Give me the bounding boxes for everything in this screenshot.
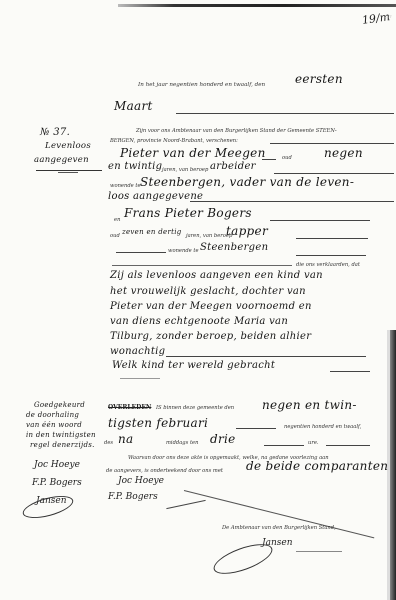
witness1-relation: loos aangegevene bbox=[108, 191, 203, 202]
rule bbox=[264, 445, 304, 446]
time-handwritten-2: drie bbox=[210, 432, 236, 446]
intro-printed: In het jaar negentien honderd en twaalf,… bbox=[138, 82, 265, 88]
closing-printed-2: de aangevers, is onderteekend door ons m… bbox=[106, 468, 223, 474]
rule bbox=[236, 428, 276, 429]
witness1-occupation: arbeider bbox=[210, 161, 256, 172]
rule bbox=[112, 265, 292, 266]
appeared-printed-2: BERGEN, provincie Noord-Brabant, versche… bbox=[110, 138, 238, 144]
margin-signature-2: F.P. Bogers bbox=[32, 478, 82, 488]
rule bbox=[120, 378, 160, 379]
margin-title-2: aangegeven bbox=[34, 155, 89, 165]
rule bbox=[274, 173, 394, 174]
margin-title-1: Levenloos bbox=[45, 141, 91, 151]
is-printed: IS binnen deze gemeente den bbox=[156, 405, 234, 411]
rule bbox=[166, 356, 366, 357]
witness2-name: Frans Pieter Bogers bbox=[124, 206, 252, 220]
rule bbox=[270, 143, 394, 144]
rule bbox=[262, 159, 276, 160]
appeared-printed: Zijn voor ons Ambtenaar van den Burgerli… bbox=[136, 128, 337, 134]
statement-line-4: van diens echtgenoote Maria van bbox=[110, 316, 288, 327]
time-handwritten-1: na bbox=[118, 432, 133, 446]
correction-note-4: in den twintigsten bbox=[26, 431, 96, 439]
witness2-oud: oud bbox=[110, 233, 120, 239]
statement-line-3: Pieter van der Meegen voornoemd en bbox=[110, 301, 312, 312]
rule bbox=[326, 445, 370, 446]
correction-note-3: van één woord bbox=[26, 421, 82, 429]
year-printed: negentien honderd en twaalf, bbox=[284, 424, 361, 430]
witness2-residence: Steenbergen bbox=[200, 242, 268, 253]
official-flourish bbox=[210, 538, 276, 580]
jaren-beroep: jaren, van beroep bbox=[162, 167, 208, 173]
witness1-oud: oud bbox=[282, 155, 292, 161]
record-number: № 37. bbox=[40, 127, 70, 138]
statement-line-2: het vrouwelijk geslacht, dochter van bbox=[110, 286, 306, 297]
rule bbox=[296, 238, 368, 239]
ure-printed: ure. bbox=[308, 440, 319, 446]
statement-line-5: Tilburg, zonder beroep, beiden alhier bbox=[110, 331, 311, 342]
wonende-te: wonende te bbox=[110, 183, 141, 189]
corner-mark: 757 bbox=[384, 14, 392, 19]
date-handwritten-1: negen en twin- bbox=[262, 398, 357, 412]
scan-right-edge bbox=[390, 330, 396, 600]
den-printed: des bbox=[104, 440, 113, 446]
closing-handwritten: de beide comparanten bbox=[246, 459, 388, 473]
statement-line-6: wonachtig bbox=[110, 346, 165, 357]
witness1-age-2: en twintig bbox=[108, 161, 162, 172]
rule bbox=[270, 220, 370, 221]
correction-note-1: Goedgekeurd bbox=[34, 401, 85, 409]
witness1-age: negen bbox=[324, 146, 363, 160]
middag-printed: middags ten bbox=[166, 440, 198, 446]
register-page: 19/m 757 In het jaar negentien honderd e… bbox=[0, 0, 396, 600]
witness2-age: zeven en dertig bbox=[122, 228, 182, 236]
margin-rule bbox=[36, 170, 102, 171]
declared-printed: die ons verklaarden, dat bbox=[296, 262, 360, 268]
body-signature-2: F.P. Bogers bbox=[108, 492, 158, 502]
margin-rule-2 bbox=[58, 172, 78, 173]
rule bbox=[190, 201, 394, 202]
witness2-occupation: tapper bbox=[226, 224, 268, 238]
month-handwritten: Maart bbox=[114, 99, 153, 113]
witness2-wonende: wonende te bbox=[168, 248, 199, 254]
witness1-residence: Steenbergen, vader van de leven- bbox=[140, 175, 354, 189]
rule bbox=[330, 371, 370, 372]
overleden-struck: OVERLEDEN bbox=[108, 404, 151, 411]
official-title: De Ambtenaar van den Burgerlijken Stand, bbox=[222, 525, 336, 531]
closing-diagonal-line bbox=[184, 490, 374, 538]
witness1-name: Pieter van der Meegen bbox=[120, 146, 266, 160]
rule bbox=[176, 113, 394, 114]
rule bbox=[116, 252, 166, 253]
margin-signature-1: Joc Hoeye bbox=[34, 460, 80, 470]
signature-stroke bbox=[166, 500, 205, 509]
date-handwritten-2: tigsten februari bbox=[108, 416, 208, 430]
body-signature-1: Joc Hoeye bbox=[118, 476, 164, 486]
scan-top-border bbox=[118, 4, 396, 7]
rule bbox=[296, 255, 366, 256]
en-label: en bbox=[114, 217, 120, 223]
statement-line-1: Zij als levenloos aangeven een kind van bbox=[110, 270, 323, 281]
day-handwritten: eersten bbox=[295, 72, 343, 86]
signature-stroke bbox=[296, 551, 342, 552]
correction-note-5: regel denerzijds. bbox=[30, 441, 95, 449]
correction-note-2: de doorhaling bbox=[26, 411, 79, 419]
statement-line-7: Welk kind ter wereld gebracht bbox=[112, 360, 275, 371]
